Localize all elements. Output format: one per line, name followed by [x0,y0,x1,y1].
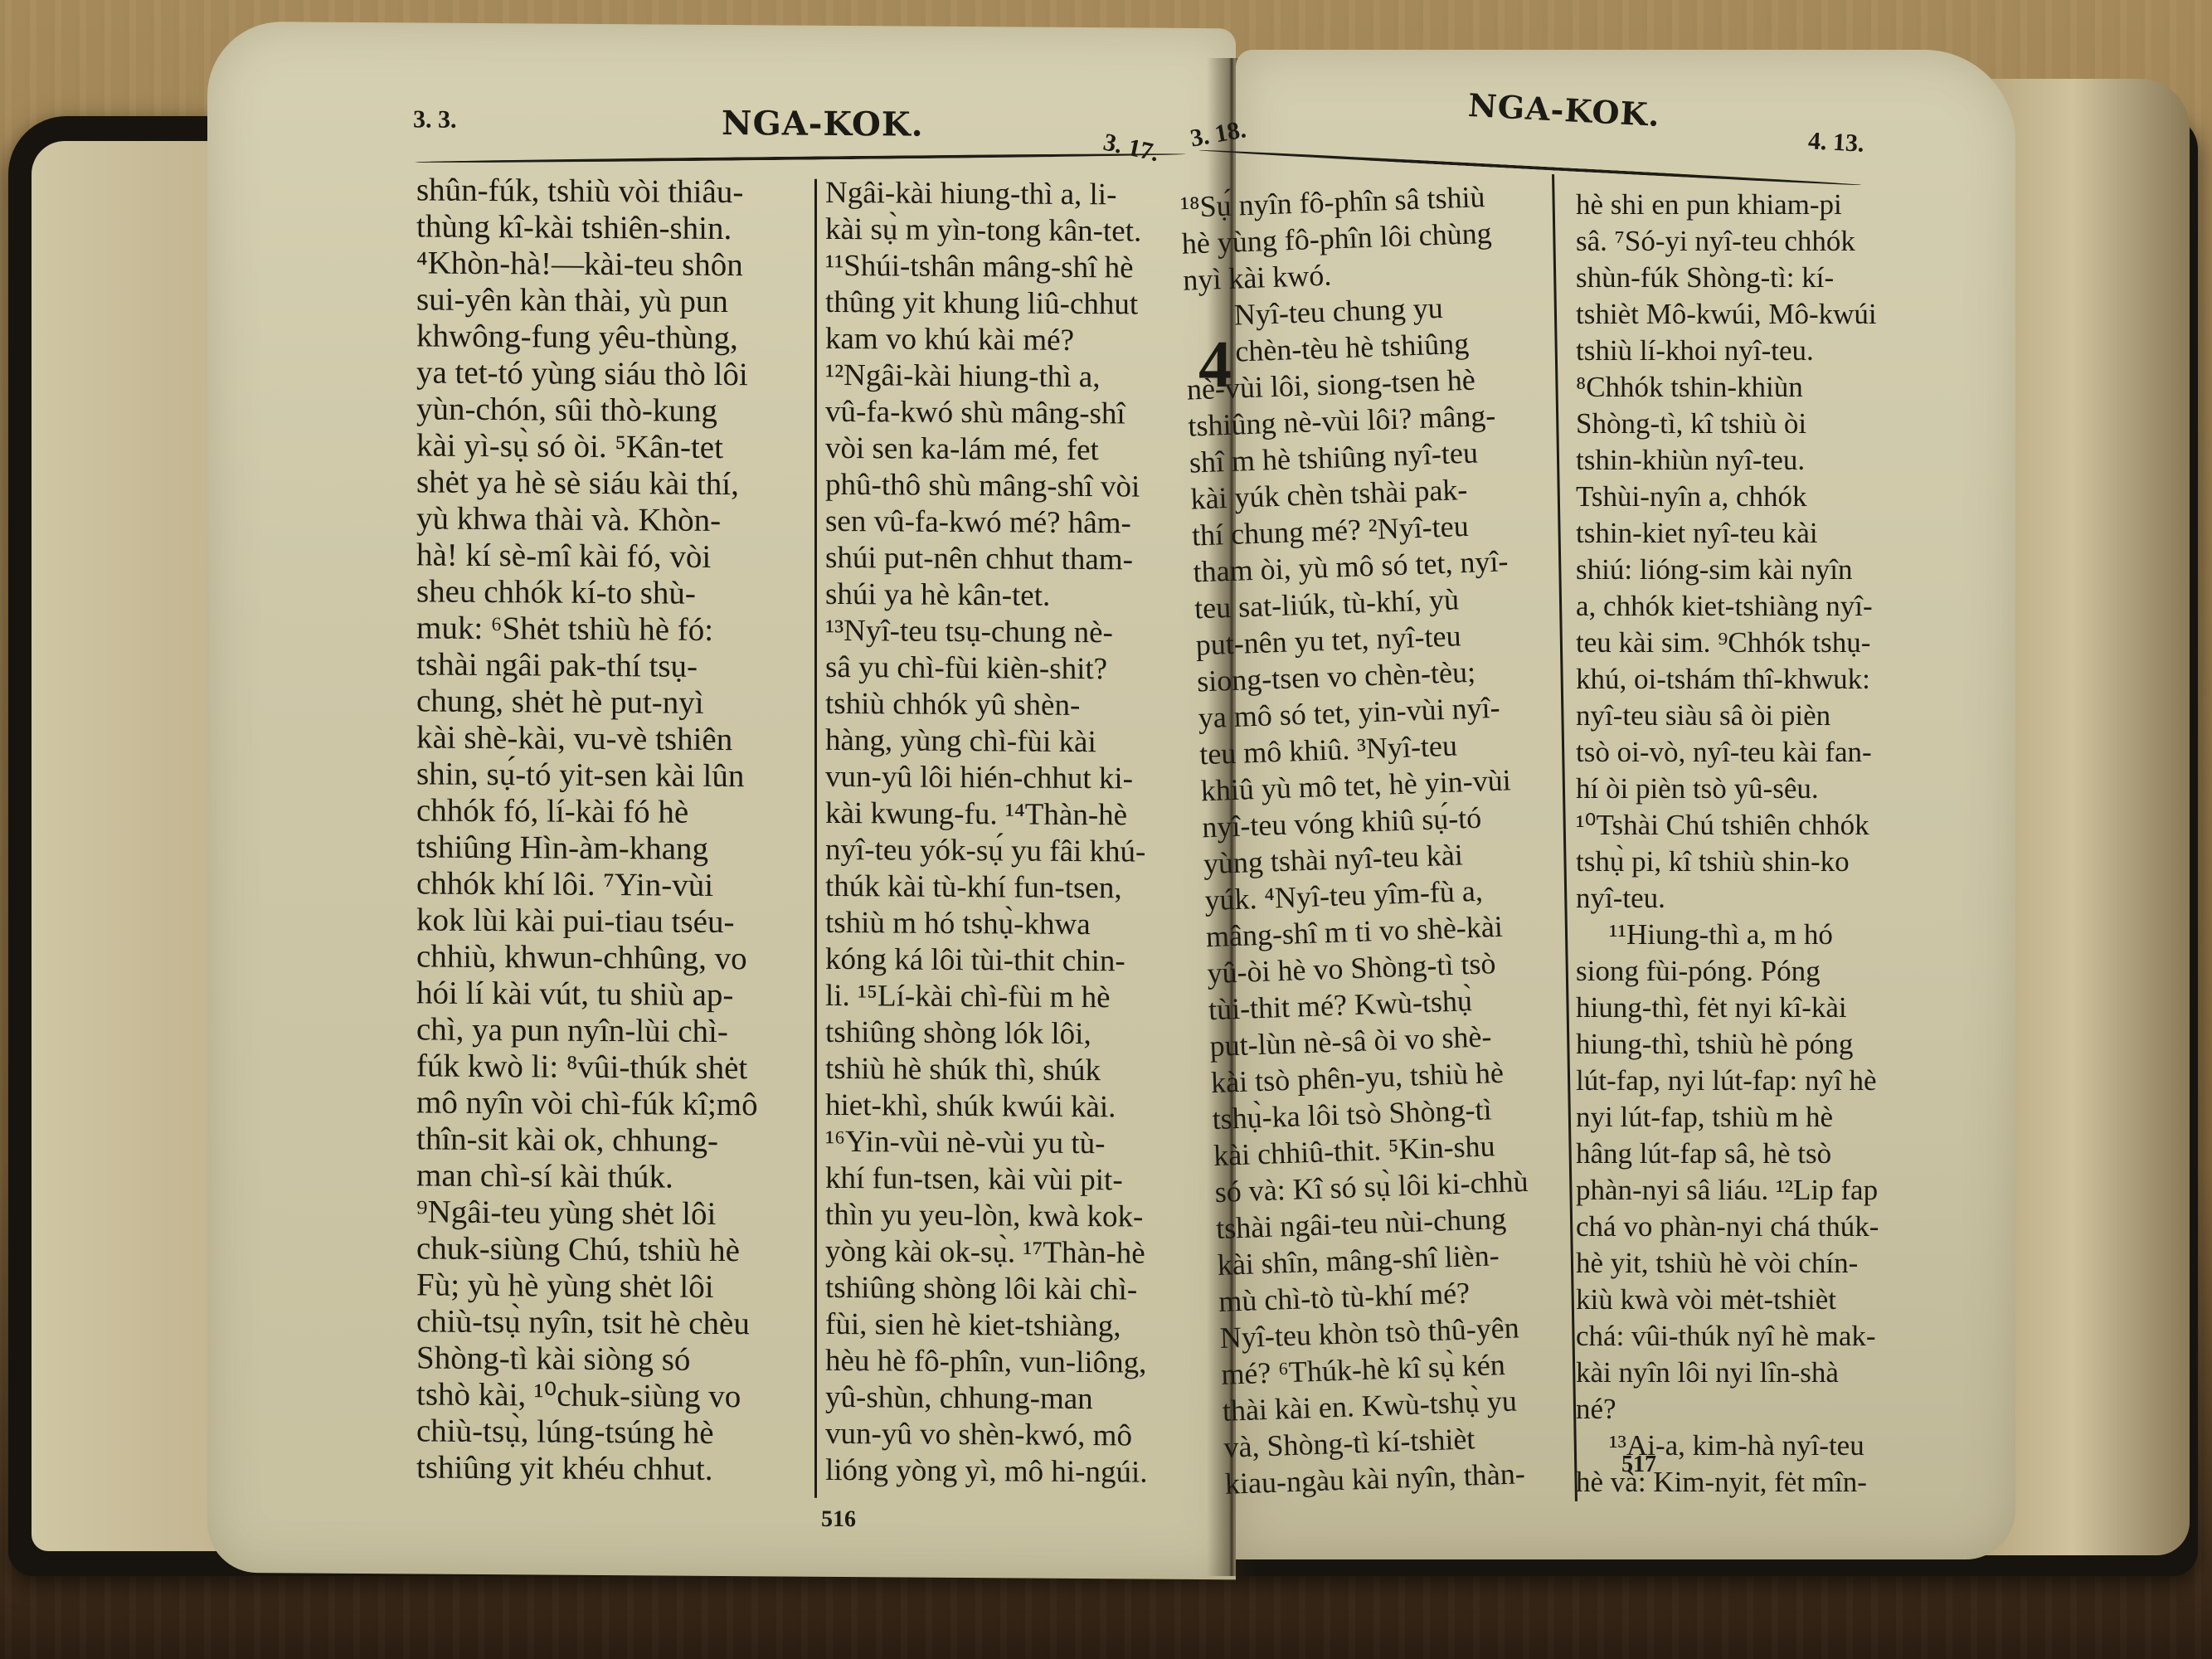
text-line: yùn-chón, sûi thò-kung [416,391,814,430]
text-line: ¹²Ngâi-kài hiung-thì a, [825,358,1190,397]
right-page-header-rule [1198,148,1861,187]
text-line: sâ yu chì-fùi kièn-shit? [825,649,1190,688]
text-line: shûn-fúk, tshiù vòi thiâu- [416,172,814,211]
text-line: muk: ⁶Shėt tshiù hè fó: [416,610,814,649]
text-line: fùi, sien hè kiet-tshiàng, [825,1306,1190,1345]
text-line: tshiù lí-khoi nyî-teu. [1576,333,1932,369]
text-line: sâ. ⁷Só-yi nyî-teu chhók [1576,223,1932,260]
text-line: kóng ká lôi tùi-thit chin- [825,941,1190,980]
text-line: shúi put-nên chhut tham- [825,540,1190,579]
text-line: phû-thô shù mâng-shî vòi [825,467,1190,506]
text-line: nyi lút-fap, tshiù m hè [1576,1099,1932,1136]
text-line: shiú: lióng-sim kài nyîn [1576,552,1932,588]
text-line: chhók fó, lí-kài fó hè [416,792,814,831]
left-page-header-rule [415,153,1186,164]
text-line: mô nyîn vòi chì-fúk kî;mô [416,1084,814,1123]
text-line: ¹³Nyî-teu tsụ-chung nè- [825,613,1190,652]
text-line: tshiûng shòng lók lôi, [825,1014,1190,1053]
right-page-running-head: NGA-KOK. [1467,86,1661,134]
text-line: chiù-tsụ̀ nyîn, tsit hè chèu [416,1303,814,1342]
text-line: Fù; yù hè yùng shėt lôi [416,1267,814,1306]
right-page-column-1: ¹⁸Sụ́ nyîn fô-phîn sâ tshiù hè yùng fô-p… [1179,177,1573,1502]
text-line: sen vû-fa-kwó mé? hâm- [825,504,1190,542]
text-line: phàn-nyi sâ liáu. ¹²Lip fap [1576,1172,1932,1209]
text-line: chung, shėt hè put-nyì [416,683,814,722]
text-line: ¹⁰Tshài Chú tshiên chhók [1576,807,1932,844]
text-line: lút-fap, nyi lút-fap: nyî hè [1576,1063,1932,1099]
left-page: 3. 3. NGA-KOK. 3. 17. shûn-fúk, tshiù vò… [207,22,1236,1580]
text-line: thûng yit khung liû-chhut [825,285,1190,324]
text-line: thúk kài tù-khí fun-tsen, [825,868,1190,907]
text-line: hè shi en pun khiam-pi [1576,187,1932,223]
text-line: Shòng-tì, kî tshiù òi [1576,406,1932,442]
text-line: shúi ya hè kân-tet. [825,577,1190,615]
text-line: thùng kî-kài tshiên-shin. [416,208,814,247]
text-line: kài nyîn lôi nyi lîn-shà [1576,1355,1932,1391]
text-line: Shòng-tì kài siòng só [416,1340,814,1379]
text-line: chá: vûi-thúk nyî hè mak- [1576,1318,1932,1355]
text-line: ¹⁶Yin-vùi nè-vùi yu tù- [825,1124,1190,1163]
text-line: kam vo khú kài mé? [825,321,1190,360]
text-line: chiù-tsụ̀, lúng-tsúng hè [416,1413,814,1452]
text-line: chuk-siùng Chú, tshiù hè [416,1230,814,1269]
text-line: tshiûng yit khéu chhut. [416,1449,814,1488]
text-line: hè yit, tshiù hè vòi chín- [1576,1245,1932,1282]
text-line: vû-fa-kwó shù mâng-shî [825,394,1190,433]
text-line: tshiù hè shúk thì, shúk [825,1051,1190,1090]
text-line: ⁸Chhók tshin-khiùn [1576,369,1932,406]
text-line: li. ¹⁵Lí-kài chì-fùi m hè [825,978,1190,1017]
text-line: siong fùi-póng. Póng [1576,953,1932,990]
text-line: kài kwung-fu. ¹⁴Thàn-hè [825,795,1190,834]
text-line: sheu chhók kí-to shù- [416,573,814,612]
text-line: shin, sụ́-tó yit-sen kài lûn [416,756,814,795]
text-line: hí òi pièn tsò yû-sêu. [1576,771,1932,807]
left-page-column-2: Ngâi-kài hiung-thì a, li- kài sụ̀ m yìn-… [825,175,1190,1491]
text-line: yòng kài ok-sụ̀. ¹⁷Thàn-hè [825,1233,1190,1272]
left-page-running-head: NGA-KOK. [722,104,924,144]
text-line: kiù kwà vòi mėt-tshièt [1576,1282,1932,1318]
text-line: chì, ya pun nyîn-lùi chì- [416,1011,814,1050]
text-line: yû-shùn, chhung-man [825,1379,1190,1418]
text-line: vun-yû vo shèn-kwó, mô [825,1416,1190,1455]
text-line: fúk kwò li: ⁸vûi-thúk shėt [416,1048,814,1087]
text-line: nyî-teu. [1576,880,1932,917]
text-line: kài shè-kài, vu-vè tshiên [416,719,814,758]
text-line: tshiù chhók yû shèn- [825,686,1190,725]
text-line: vun-yû lôi hién-chhut ki- [825,759,1190,798]
text-line: lióng yòng yì, mô hi-ngúi. [825,1452,1190,1491]
right-page-column-2: hè shi en pun khiam-pi sâ. ⁷Só-yi nyî-te… [1576,187,1932,1501]
left-page-column-1: shûn-fúk, tshiù vòi thiâu- thùng kî-kài … [416,172,814,1488]
left-page-number: 516 [821,1506,856,1533]
right-page-ref-end: 4. 13. [1807,127,1864,158]
text-line: hâng lút-fap sâ, hè tsò [1576,1136,1932,1172]
text-line: Tshùi-nyîn a, chhók [1576,479,1932,515]
text-line: vòi sen ka-lám mé, fet [825,431,1190,469]
text-line: tshiûng Hìn-àm-khang [416,829,814,868]
text-line: khí fun-tsen, kài vùi pit- [825,1160,1190,1199]
text-line: hà! kí sè-mî kài fó, vòi [416,537,814,576]
text-line: kok lùi kài pui-tiau tséu- [416,902,814,941]
text-line: hói lí kài vút, tu shiù ap- [416,975,814,1014]
text-line: Ngâi-kài hiung-thì a, li- [825,175,1190,214]
text-line: teu kài sim. ⁹Chhók tshụ- [1576,625,1932,661]
text-line: thîn-sit kài ok, chhung- [416,1121,814,1160]
text-line: hèu hè fô-phîn, vun-liông, [825,1343,1190,1382]
text-line: man chì-sí kài thúk. [416,1157,814,1196]
text-line: hàng, yùng chì-fùi kài [825,722,1190,761]
text-line: ya tet-tó yùng siáu thò lôi [416,354,814,393]
text-line: tshiûng shòng lôi kài chì- [825,1270,1190,1309]
text-line: tshò kài, ¹⁰chuk-siùng vo [416,1376,814,1415]
text-line: hiung-thì, fėt nyi kî-kài [1576,990,1932,1026]
text-line: chhiù, khwun-chhûng, vo [416,938,814,977]
text-line: ¹¹Shúi-tshân mâng-shî hè [825,248,1190,287]
text-line: kài yì-sụ̀ só òi. ⁵Kân-tet [416,427,814,466]
text-line: nyî-teu yók-sụ́ yu fâi khú- [825,832,1190,871]
left-page-ref-start: 3. 3. [413,105,457,134]
text-line: yù khwa thài và. Khòn- [416,500,814,539]
text-line: chhók khí lôi. ⁷Yin-vùi [416,865,814,904]
text-line: ¹¹Hiung-thì a, m hó [1576,917,1932,953]
text-line: khwông-fung yêu-thùng, [416,318,814,357]
text-line: hiung-thì, tshiù hè póng [1576,1026,1932,1063]
left-page-ref-end: 3. 17. [1101,129,1161,168]
right-page: 3. 18. NGA-KOK. 4. 13. 4 ¹⁸Sụ́ nyîn fô-p… [1236,50,2015,1559]
text-line: tshin-khiùn nyî-teu. [1576,442,1932,479]
text-line: hiet-khì, shúk kwúi kài. [825,1087,1190,1126]
text-line: tshin-kiet nyî-teu kài [1576,515,1932,552]
text-line: tsò oi-vò, nyî-teu kài fan- [1576,734,1932,771]
text-line: né? [1576,1391,1932,1428]
text-line: a, chhók kiet-tshiàng nyî- [1576,588,1932,625]
text-line: kài sụ̀ m yìn-tong kân-tet. [825,212,1190,251]
text-line: tshiù m hó tshụ̀-khwa [825,905,1190,944]
text-line: chá vo phàn-nyi chá thúk- [1576,1209,1932,1245]
text-line: tshièt Mô-kwúi, Mô-kwúi [1576,296,1932,333]
text-line: ⁹Ngâi-teu yùng shėt lôi [416,1194,814,1233]
text-line: tshài ngâi pak-thí tsụ- [416,646,814,685]
text-line: tshụ̀ pi, kî tshiù shin-ko [1576,844,1932,880]
text-line: ⁴Khòn-hà!—kài-teu shôn [416,245,814,284]
text-line: shėt ya hè sè siáu kài thí, [416,464,814,503]
text-line: nyî-teu siàu sâ òi pièn [1576,698,1932,734]
text-line: thìn yu yeu-lòn, kwà kok- [825,1197,1190,1236]
text-line: shùn-fúk Shòng-tì: kí- [1576,260,1932,296]
right-page-number: 517 [1621,1452,1656,1478]
text-line: sui-yên kàn thài, yù pun [416,281,814,320]
text-line: khú, oi-tshám thî-khwuk: [1576,661,1932,698]
left-page-column-divider [814,179,817,1498]
